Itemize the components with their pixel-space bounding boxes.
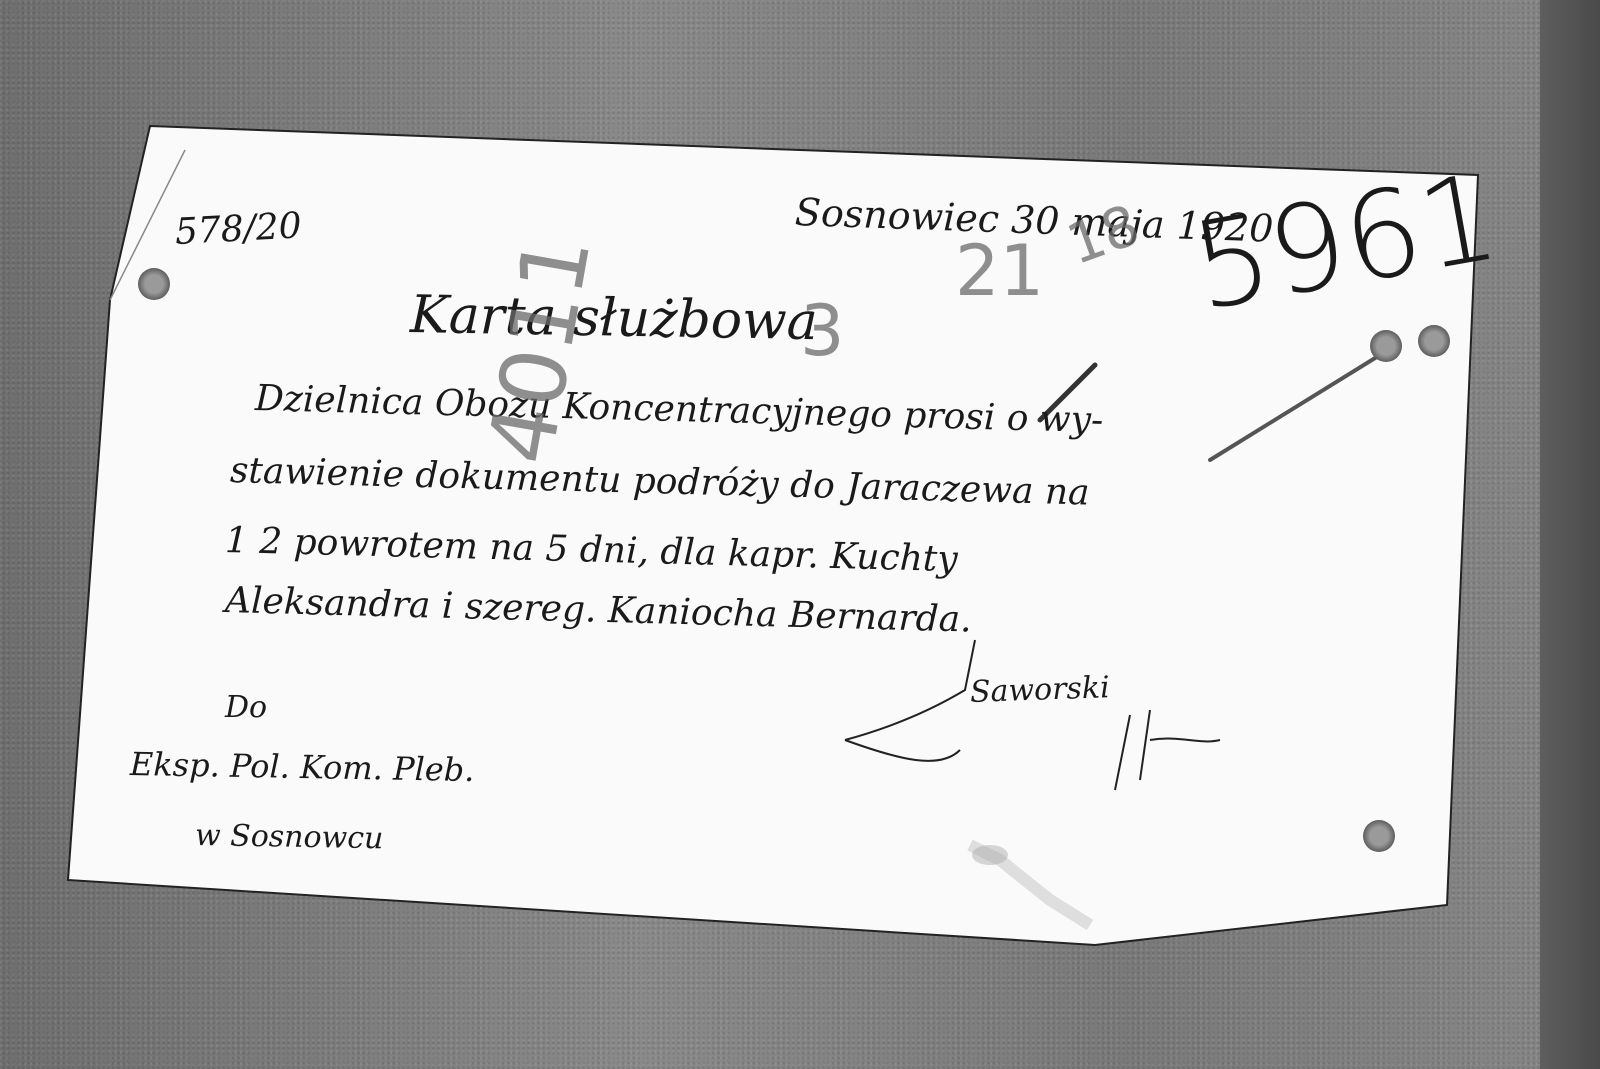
addressee-line-1: Eksp. Pol. Kom. Pleb. xyxy=(130,745,475,789)
addressee-line-2: w Sosnowcu xyxy=(195,818,384,856)
addressee-prefix: Do xyxy=(225,690,267,725)
pencil-mark: 3 xyxy=(800,290,845,372)
signature: Saworski xyxy=(969,670,1110,710)
punch-hole xyxy=(1363,820,1395,852)
service-card: 578/20 Sosnowiec 30 maja 1920 Karta służ… xyxy=(0,0,1600,1069)
reference-number: 578/20 xyxy=(174,205,303,253)
pencil-mark: 21 xyxy=(955,230,1044,312)
punch-hole xyxy=(138,268,170,300)
punch-hole xyxy=(1418,325,1450,357)
punch-hole xyxy=(1370,330,1402,362)
card-title: Karta służbowa xyxy=(409,285,818,352)
